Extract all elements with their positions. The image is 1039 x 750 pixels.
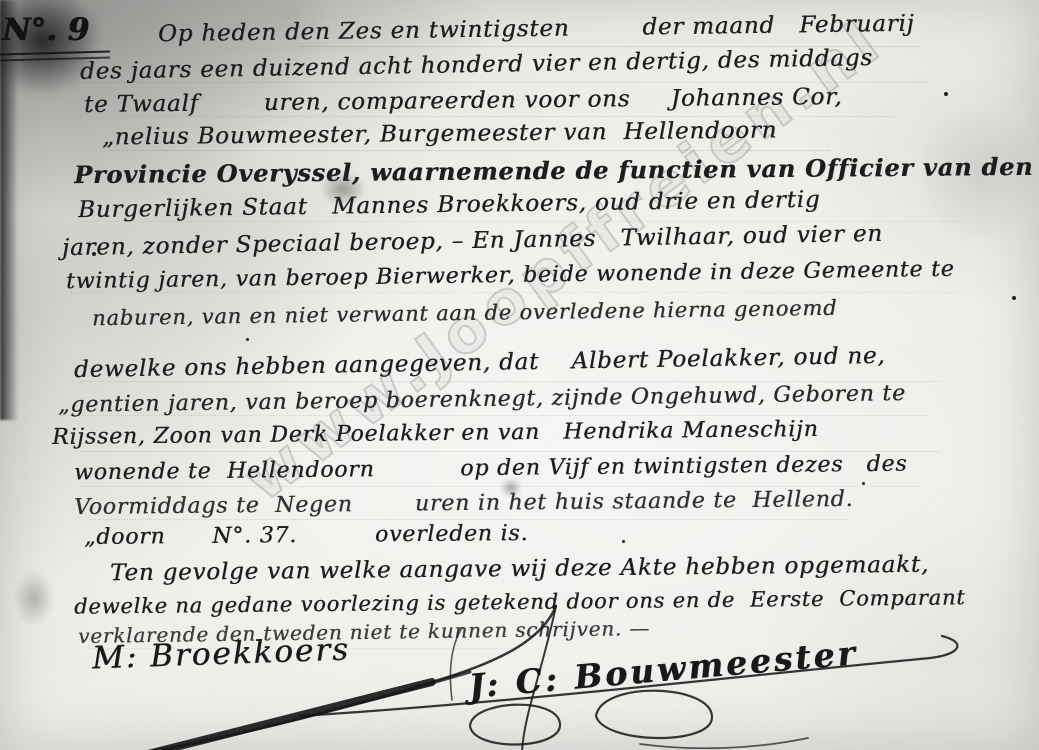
signature-broekkoers: M: Broekkoers — [91, 632, 350, 677]
ruled-line — [90, 519, 850, 520]
ink-speck — [862, 482, 865, 485]
handwritten-line: Voormiddags te Negen uren in het huis st… — [74, 487, 854, 520]
ink-speck — [92, 252, 96, 256]
ink-speck — [1012, 296, 1016, 300]
handwritten-line: Op heden den Zes en twintigsten der maan… — [158, 11, 915, 48]
record-number: N°. 9 — [2, 12, 89, 48]
flourish-stroke — [640, 738, 808, 748]
flourish-thick-stroke — [148, 682, 432, 750]
flourish-loop — [470, 705, 560, 745]
scanned-death-record-page: www.Joopffreien.nl N°. 9 Op heden den Ze… — [0, 0, 1039, 750]
handwritten-line: wonende te Hellendoorn op den Vijf en tw… — [74, 452, 908, 486]
ink-blot — [500, 478, 522, 498]
ink-speck — [246, 338, 249, 341]
handwritten-line: jaren, zonder Speciaal beroep, – En Jann… — [62, 221, 883, 261]
handwritten-line: Provincie Overyssel, waarnemende de func… — [74, 152, 1034, 189]
handwritten-line: dewelke na gedane voorlezing is getekend… — [74, 585, 966, 618]
signature-bouwmeester: J: C: Bouwmeester — [467, 633, 859, 706]
ink-smudge — [14, 570, 54, 626]
flourish-loop — [596, 691, 712, 738]
ink-smudge — [320, 172, 366, 206]
handwritten-line: „doorn N°. 37. overleden is. — [84, 521, 528, 550]
flourish-stroke — [120, 672, 470, 750]
ink-speck — [944, 92, 948, 96]
handwritten-line: Rijssen, Zoon van Derk Poelakker en van … — [52, 417, 819, 450]
handwritten-line: Burgerlijken Staat Mannes Broekkoers, ou… — [78, 187, 821, 223]
ink-speck — [622, 540, 625, 543]
handwritten-line: Ten gevolge van welke aangave wij deze A… — [110, 552, 929, 587]
handwritten-line: „gentien jaren, van beroep boerenknegt, … — [58, 381, 906, 418]
